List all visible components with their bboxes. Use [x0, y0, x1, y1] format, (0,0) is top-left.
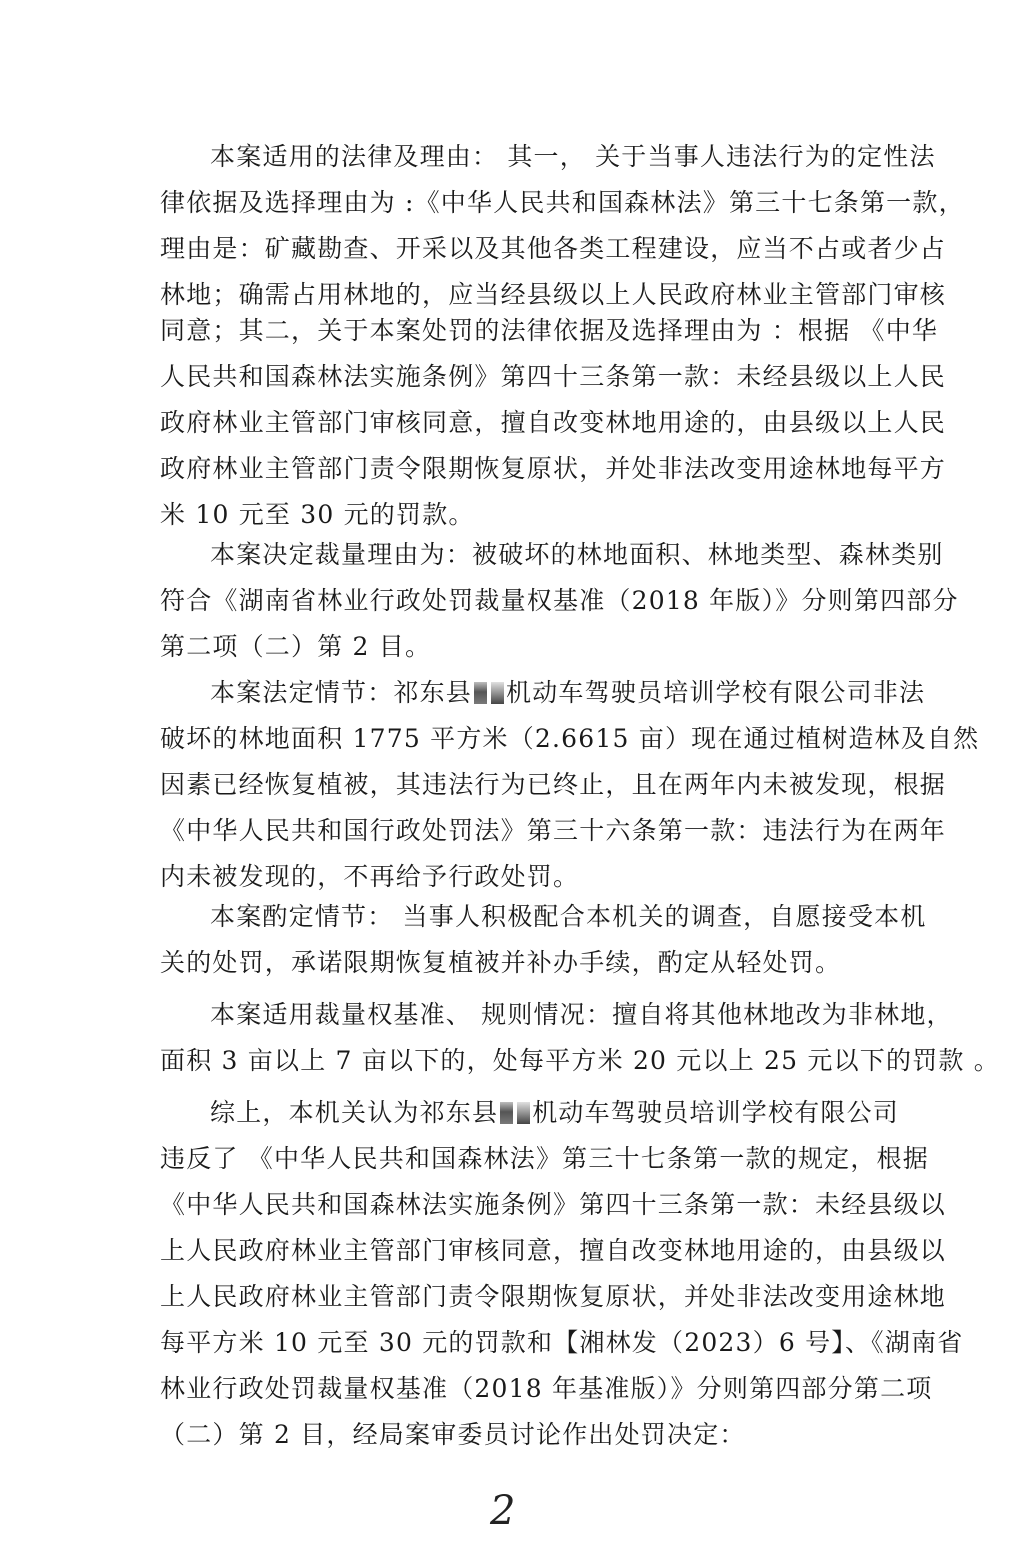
text-line: 关的处罚，承诺限期恢复植被并补办手续，酌定从轻处罚。	[160, 948, 880, 978]
text-line: 内未被发现的，不再给予行政处罚。	[160, 862, 880, 892]
text-line: 《中华人民共和国行政处罚法》第三十六条第一款：违法行为在两年	[160, 816, 880, 846]
text-line: 理由是：矿藏勘查、开采以及其他各类工程建设，应当不占或者少占	[160, 234, 880, 264]
text-line: 上人民政府林业主管部门责令限期恢复原状，并处非法改变用途林地	[160, 1282, 880, 1312]
text-line: 林业行政处罚裁量权基准（2018 年基准版）》分则第四部分第二项	[160, 1374, 880, 1404]
text-line: 符合《湖南省林业行政处罚裁量权基准（2018 年版）》分则第四部分	[160, 586, 880, 616]
text-segment: 机动车驾驶员培训学校有限公司	[532, 1098, 899, 1127]
text-line: 本案决定裁量理由为：被破坏的林地面积、林地类型、森林类别	[210, 540, 880, 570]
text-segment: 机动车驾驶员培训学校有限公司非法	[506, 678, 925, 707]
text-line: 第二项（二）第 2 目。	[160, 632, 880, 662]
redacted-block	[517, 1102, 530, 1124]
text-line: 政府林业主管部门审核同意，擅自改变林地用途的，由县级以上人民	[160, 408, 880, 438]
document-page: 本案适用的法律及理由： 其一， 关于当事人违法行为的定性法 律依据及选择理由为 …	[0, 0, 1024, 1557]
text-line-with-redaction: 本案法定情节：祁东县机动车驾驶员培训学校有限公司非法	[210, 678, 880, 708]
text-line: 上人民政府林业主管部门审核同意，擅自改变林地用途的，由县级以	[160, 1236, 880, 1266]
text-line: 律依据及选择理由为 :《中华人民共和国森林法》第三十七条第一款，	[160, 188, 880, 218]
text-line: 面积 3 亩以上 7 亩以下的，处每平方米 20 元以上 25 元以下的罚款 。	[160, 1046, 880, 1076]
redacted-block	[474, 682, 487, 704]
text-line: 本案酌定情节： 当事人积极配合本机关的调查，自愿接受本机	[210, 902, 880, 932]
text-line: 每平方米 10 元至 30 元的罚款和【湘林发（2023）6 号】、《湖南省	[160, 1328, 880, 1358]
text-line: 《中华人民共和国森林法实施条例》第四十三条第一款：未经县级以	[160, 1190, 880, 1220]
text-segment: 本案法定情节：祁东县	[210, 678, 472, 707]
text-line: 林地；确需占用林地的，应当经县级以上人民政府林业主管部门审核	[160, 280, 880, 310]
text-line: 破坏的林地面积 1775 平方米（2.6615 亩）现在通过植树造林及自然	[160, 724, 880, 754]
redacted-block	[500, 1102, 513, 1124]
text-line: 政府林业主管部门责令限期恢复原状，并处非法改变用途林地每平方	[160, 454, 880, 484]
text-line: （二）第 2 目，经局案审委员讨论作出处罚决定：	[160, 1420, 880, 1450]
text-line: 本案适用裁量权基准、 规则情况：擅自将其他林地改为非林地，	[210, 1000, 880, 1030]
text-line: 同意；其二，关于本案处罚的法律依据及选择理由为 ：根据 《中华	[160, 316, 880, 346]
text-line: 违反了 《中华人民共和国森林法》第三十七条第一款的规定，根据	[160, 1144, 880, 1174]
text-line: 因素已经恢复植被，其违法行为已终止，且在两年内未被发现，根据	[160, 770, 880, 800]
redacted-block	[491, 682, 504, 704]
text-line: 人民共和国森林法实施条例》第四十三条第一款：未经县级以上人民	[160, 362, 880, 392]
text-line-with-redaction: 综上，本机关认为祁东县机动车驾驶员培训学校有限公司	[210, 1098, 880, 1128]
text-line: 本案适用的法律及理由： 其一， 关于当事人违法行为的定性法	[210, 142, 880, 172]
text-segment: 综上，本机关认为祁东县	[210, 1098, 498, 1127]
page-number: 2	[490, 1488, 515, 1534]
text-line: 米 10 元至 30 元的罚款。	[160, 500, 880, 530]
